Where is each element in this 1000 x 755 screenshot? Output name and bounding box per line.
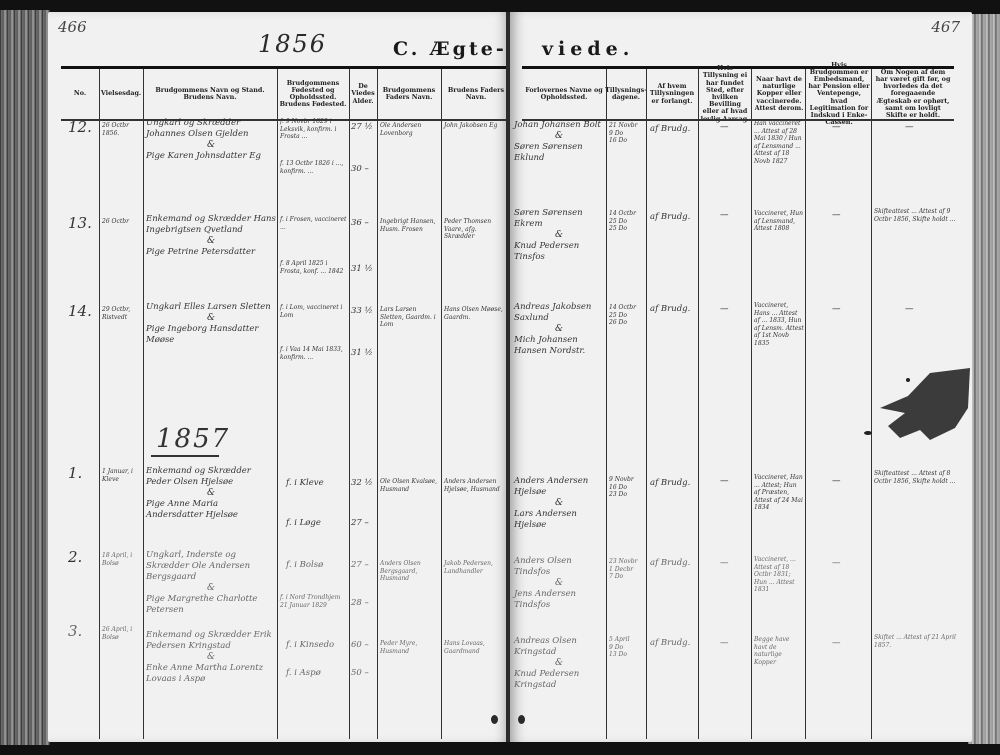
dispensation: — <box>720 122 729 133</box>
bride-age: 31 ½ <box>351 348 373 359</box>
witness-2: Lars Andersen Hjelsøe <box>514 509 577 530</box>
groom-father: Ole Olsen Kvalsøe, Husmand <box>380 478 440 493</box>
col-header-groom-father: Brudgommens Faders Navn. <box>377 69 441 119</box>
groom-name: Enkemand og Skrædder Hans Ingebrigtsen Q… <box>146 214 276 258</box>
banns-dates: 23 Novbr 1 Decbr 7 Do <box>609 558 645 581</box>
column-divider <box>377 69 378 739</box>
bride-name-text: Pige Petrine Petersdatter <box>146 247 255 257</box>
column-divider <box>805 69 806 739</box>
book-edge-right <box>968 14 1000 744</box>
bride-name-text: Enke Anne Martha Lorentz Lovaas i Aspø <box>146 663 263 684</box>
col-header-previous-marriage: Om Nogen af dem har været gift før, og h… <box>872 69 954 119</box>
groom-name: Ungkarl Elles Larsen Sletten & Pige Inge… <box>146 302 276 346</box>
banns-dates: 5 April 9 Do 13 Do <box>609 636 645 659</box>
banns-date-2: 1 Decbr <box>609 566 645 574</box>
groom-birthplace: f. i Kleve <box>286 478 346 489</box>
witness-2: Søren Sørensen Eklund <box>514 142 583 163</box>
witness-1: Andreas Olsen Kringstad <box>514 636 577 657</box>
banns-dates: 21 Novbr 9 Do 16 Do <box>609 122 645 145</box>
column-header-row-right: Forlovernes Navne og Opholdssted. Tillys… <box>522 69 954 119</box>
column-divider <box>606 69 607 739</box>
banns-date-1: 9 Novbr <box>609 476 645 484</box>
bride-father: Jakob Pedersen, Landhandler <box>444 560 504 575</box>
entry-date: 29 Octbr, Ristvedt <box>102 306 142 321</box>
groom-birthplace: f. i Kinsedo <box>286 640 346 651</box>
entry-number: 14. <box>68 302 92 320</box>
dispensation: — <box>720 304 729 315</box>
col-header-age: De Viedes Alder. <box>349 69 377 119</box>
bride-age: 31 ½ <box>351 264 373 275</box>
bride-father: Hans Lovaas, Gaardmand <box>444 640 504 655</box>
previous-marriage: — <box>905 122 914 133</box>
previous-marriage: Skifteattest ... Attest af 8 Octbr 1856,… <box>874 470 962 485</box>
banns-date-2: 25 Do <box>609 218 645 226</box>
groom-father: Anders Olsen Bergsgaard, Husmand <box>380 560 440 583</box>
bride-birthplace: f. i Løge <box>286 518 346 529</box>
banns-date-3: 13 Do <box>609 651 645 659</box>
witness-2: Jens Andersen Tindsfos <box>514 589 576 610</box>
col-header-witnesses: Forlovernes Navne og Opholdssted. <box>522 69 606 119</box>
witnesses: Anders Olsen Tindsfos & Jens Andersen Ti… <box>514 556 604 611</box>
entry-number: 2. <box>68 548 82 566</box>
vaccination: Vaccineret, Hans ... Attest af ... 1833,… <box>754 302 804 347</box>
groom-age: 33 ½ <box>351 306 373 317</box>
requested-by: af Brudg. <box>650 638 690 649</box>
section-title-left: C. Ægte- <box>393 38 507 60</box>
col-header-birthplace: Brudgommens Fødested og Opholdssted. Bru… <box>277 69 349 119</box>
column-divider <box>99 69 100 739</box>
column-divider <box>441 69 442 739</box>
year-divider-underline <box>151 455 219 457</box>
column-header-row-left: No. Vielsesdag. Brudgommens Navn og Stan… <box>61 69 510 119</box>
witnesses: Søren Sørensen Ekrem & Knud Pedersen Tin… <box>514 208 604 263</box>
ampersand: & <box>514 578 604 589</box>
bride-name-text: Pige Karen Johnsdatter Eg <box>146 151 261 161</box>
col-header-official: Hvis Brudgommen er Embedsmand, har Pensi… <box>806 69 872 119</box>
groom-name: Enkemand og Skrædder Erik Pedersen Kring… <box>146 630 276 685</box>
groom-age: 32 ½ <box>351 478 373 489</box>
groom-name-text: Enkemand og Skrædder Peder Olsen Hjelsøe <box>146 466 251 487</box>
dispensation: — <box>720 210 729 221</box>
groom-name-text: Ungkarl, Inderste og Skrædder Ole Anders… <box>146 550 250 582</box>
witness-1: Anders Andersen Hjelsøe <box>514 476 588 497</box>
column-divider <box>698 69 699 739</box>
ampersand: & <box>514 498 604 509</box>
banns-date-1: 21 Novbr <box>609 122 645 130</box>
witness-1: Anders Olsen Tindsfos <box>514 556 572 577</box>
col-header-date: Vielsesdag. <box>99 69 143 119</box>
bride-birthplace: f. i Nord Trondhjem 21 Januar 1829 <box>280 594 348 609</box>
column-divider <box>751 69 752 739</box>
binding-hole <box>518 715 525 724</box>
column-divider <box>646 69 647 739</box>
column-divider <box>277 69 278 739</box>
bride-father: John Jakobsen Eg <box>444 122 504 130</box>
banns-dates: 9 Novbr 16 Do 23 Do <box>609 476 645 499</box>
ampersand: & <box>146 140 276 151</box>
entry-date: 18 April, i Bolsø <box>102 552 142 567</box>
bride-birthplace: f. 8 April 1825 i Frosta, konf. ... 1842 <box>280 260 348 275</box>
vaccination: Vaccineret, Han ... Attest; Hun af Præst… <box>754 474 804 512</box>
bride-name-text: Pige Anne Maria Andersdatter Hjelsøe <box>146 499 238 520</box>
book-edge-left <box>0 10 50 745</box>
ink-blot-stain <box>860 368 972 443</box>
banns-date-3: 23 Do <box>609 491 645 499</box>
binding-hole <box>491 715 498 724</box>
witness-1: Andreas Jakobsen Saxlund <box>514 302 591 323</box>
requested-by: af Brudg. <box>650 304 690 315</box>
requested-by: af Brudg. <box>650 124 690 135</box>
previous-marriage: Skiftet ... Attest af 21 April 1857. <box>874 634 962 649</box>
requested-by: af Brudg. <box>650 478 690 489</box>
official: — <box>832 210 841 221</box>
groom-age: 27 ½ <box>351 122 373 133</box>
year-divider: 1857 <box>156 424 230 454</box>
entry-date: 26 April, i Bolsø <box>102 626 142 641</box>
official: — <box>832 558 841 569</box>
groom-name: Ungkarl og Skrædder Johannes Olsen Gjeld… <box>146 118 276 162</box>
banns-date-3: 16 Do <box>609 137 645 145</box>
groom-name-text: Enkemand og Skrædder Erik Pedersen Kring… <box>146 630 272 651</box>
bride-father: Peder Thomsen Vaare, afg. Skrædder <box>444 218 504 241</box>
official: — <box>832 304 841 315</box>
dispensation: — <box>720 558 729 569</box>
banns-date-2: 9 Do <box>609 644 645 652</box>
column-divider <box>143 69 144 739</box>
bride-age: 30 – <box>351 164 369 175</box>
vaccination: Han vaccineret ... Attest af 28 Mai 1830… <box>754 120 804 165</box>
right-page: 467 viede. Forlovernes Navne og Opholdss… <box>510 12 972 742</box>
groom-name: Ungkarl, Inderste og Skrædder Ole Anders… <box>146 550 276 616</box>
witness-1: Johan Johansen Bolt <box>514 120 601 130</box>
vaccination: Vaccineret, ... Attest af 18 Octbr 1831;… <box>754 556 804 594</box>
bride-father: Hans Olsen Møøse, Gaardm. <box>444 306 504 321</box>
year-header: 1856 <box>258 30 327 58</box>
entry-number: 13. <box>68 214 92 232</box>
groom-birthplace: f. 9 Novbr 1829 i Leksvik, konfirm. i Fr… <box>280 118 348 141</box>
requested-by: af Brudg. <box>650 558 690 569</box>
bride-age: 28 – <box>351 598 369 609</box>
bride-birthplace: f. 13 Octbr 1826 i ..., konfirm. ... <box>280 160 348 175</box>
vaccination: Vaccineret, Hun af Lensmand, Attest 1808 <box>754 210 804 233</box>
banns-date-3: 25 Do <box>609 225 645 233</box>
groom-birthplace: f. i Frosen, vaccineret ... <box>280 216 348 231</box>
banns-dates: 14 Octbr 25 Do 25 Do <box>609 210 645 233</box>
official: — <box>832 476 841 487</box>
banns-date-1: 23 Novbr <box>609 558 645 566</box>
ampersand: & <box>514 230 604 241</box>
banns-date-3: 7 Do <box>609 573 645 581</box>
groom-father: Ole Andersen Lovenborg <box>380 122 440 137</box>
witnesses: Anders Andersen Hjelsøe & Lars Andersen … <box>514 476 604 531</box>
ampersand: & <box>514 131 604 142</box>
groom-name: Enkemand og Skrædder Peder Olsen Hjelsøe… <box>146 466 276 521</box>
ampersand: & <box>146 583 276 594</box>
witnesses: Andreas Olsen Kringstad & Knud Pedersen … <box>514 636 604 691</box>
entry-number: 12. <box>68 118 92 136</box>
witnesses: Johan Johansen Bolt & Søren Sørensen Ekl… <box>514 120 604 164</box>
witness-2: Mich Johansen Hansen Nordstr. <box>514 335 585 356</box>
groom-father: Ingebrigt Hansen, Husm. Frosen <box>380 218 440 233</box>
entry-number: 1. <box>68 464 82 482</box>
banns-dates: 14 Octbr 25 Do 26 Do <box>609 304 645 327</box>
banns-date-2: 16 Do <box>609 484 645 492</box>
dispensation: — <box>720 476 729 487</box>
banns-date-3: 26 Do <box>609 319 645 327</box>
entry-date: 26 Octbr <box>102 218 142 226</box>
ampersand: & <box>514 324 604 335</box>
bride-birthplace: f. i Aspø <box>286 668 346 679</box>
dispensation: — <box>720 638 729 649</box>
groom-name-text: Enkemand og Skrædder Hans Ingebrigtsen Q… <box>146 214 276 235</box>
col-header-names: Brudgommens Navn og Stand. Brudens Navn. <box>143 69 277 119</box>
groom-age: 60 – <box>351 640 369 651</box>
groom-name-text: Ungkarl Elles Larsen Sletten <box>146 302 271 312</box>
banns-date-1: 14 Octbr <box>609 210 645 218</box>
page-number-left: 466 <box>58 18 87 36</box>
previous-marriage: Skifteattest ... Attest af 9 Octbr 1856,… <box>874 208 962 223</box>
requested-by: af Brudg. <box>650 212 690 223</box>
entry-date: 1 Januar, i Kleve <box>102 468 142 483</box>
groom-age: 27 – <box>351 560 369 571</box>
groom-father: Lars Larsen Sletten, Gaardm. i Lom <box>380 306 440 329</box>
bride-father: Anders Andersen Hjelsøe, Husmand <box>444 478 504 493</box>
witnesses: Andreas Jakobsen Saxlund & Mich Johansen… <box>514 302 604 357</box>
groom-birthplace: f. i Bolsø <box>286 560 346 571</box>
col-header-vaccination: Naar havt de naturlige Kopper eller vacc… <box>752 69 806 119</box>
groom-birthplace: f. i Lom, vaccineret i Lom <box>280 304 348 319</box>
left-page: 466 1856 C. Ægte- No. Vielsesdag. Brudgo… <box>48 12 510 742</box>
ampersand: & <box>146 488 276 499</box>
entry-number: 3. <box>68 622 82 640</box>
vaccination: Begge have havt de naturlige Kopper <box>754 636 804 666</box>
banns-date-2: 9 Do <box>609 130 645 138</box>
banns-date-2: 25 Do <box>609 312 645 320</box>
witness-2: Knud Pedersen Tinsfos <box>514 241 579 262</box>
ampersand: & <box>146 236 276 247</box>
ampersand: & <box>146 652 276 663</box>
col-header-banns: Tillysnings-dagene. <box>606 69 646 119</box>
previous-marriage: — <box>905 304 914 315</box>
banns-date-1: 5 April <box>609 636 645 644</box>
groom-age: 36 – <box>351 218 369 229</box>
scan-frame: 466 1856 C. Ægte- No. Vielsesdag. Brudgo… <box>0 0 1000 755</box>
groom-name-text: Ungkarl og Skrædder Johannes Olsen Gjeld… <box>146 118 249 139</box>
witness-2: Knud Pedersen Kringstad <box>514 669 579 690</box>
ampersand: & <box>146 313 276 324</box>
bride-age: 27 – <box>351 518 369 529</box>
bride-name-text: Pige Ingeborg Hansdatter Møøse <box>146 324 258 345</box>
bride-birthplace: f. i Vaa 14 Mai 1833, konfirm. ... <box>280 346 348 361</box>
page-number-right: 467 <box>931 18 960 36</box>
ampersand: & <box>514 658 604 669</box>
col-header-no: No. <box>61 69 99 119</box>
col-header-requested-by: Af hvem Tillysningen er forlangt. <box>646 69 698 119</box>
col-header-bride-father: Brudens Faders Navn. <box>441 69 510 119</box>
groom-father: Peder Myre, Husmand <box>380 640 440 655</box>
section-title-right: viede. <box>542 38 634 60</box>
witness-1: Søren Sørensen Ekrem <box>514 208 583 229</box>
bride-age: 50 – <box>351 668 369 679</box>
official: — <box>832 122 841 133</box>
column-divider <box>349 69 350 739</box>
banns-date-1: 14 Octbr <box>609 304 645 312</box>
col-header-dispensation: Hvis Tillysning ei har fundet Sted, efte… <box>698 69 752 119</box>
official: — <box>832 638 841 649</box>
bride-name-text: Pige Margrethe Charlotte Petersen <box>146 594 257 615</box>
entry-date: 26 Octbr 1856. <box>102 122 142 137</box>
